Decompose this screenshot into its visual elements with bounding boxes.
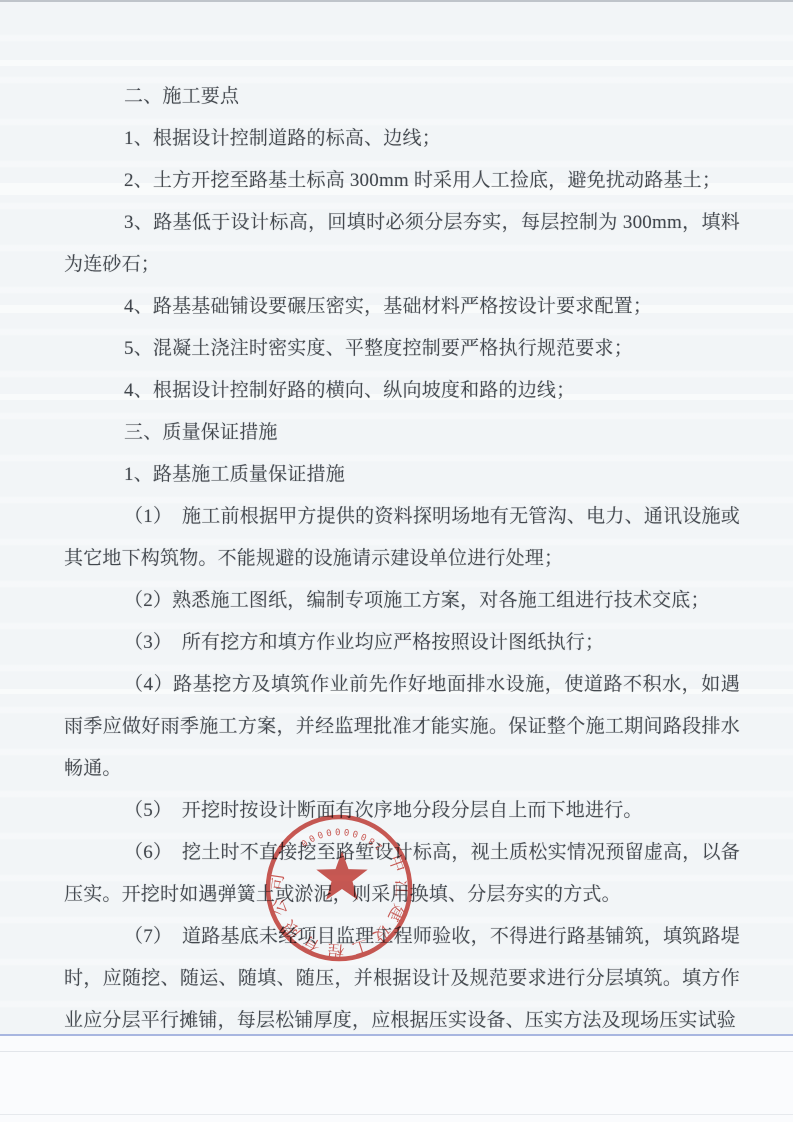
scan-band	[0, 60, 793, 66]
paragraph: （5） 开挖时按设计断面有次序地分段分层自上而下地进行。	[64, 790, 740, 832]
section-heading: 二、施工要点	[64, 76, 740, 118]
paragraph: 4、根据设计控制好路的横向、纵向坡度和路的边线；	[64, 370, 740, 412]
paragraph: 2、土方开挖至路基土标高 300mm 时采用人工捡底，避免扰动路基土；	[64, 160, 740, 202]
scan-faint-line	[0, 1114, 793, 1115]
paragraph: （7） 道路基底未经项目监理工程师验收，不得进行路基铺筑，填筑路堤时，应随挖、随…	[64, 916, 740, 1042]
paragraph: （1） 施工前根据甲方提供的资料探明场地有无管沟、电力、通讯设施或其它地下构筑物…	[64, 496, 740, 580]
paragraph: 5、混凝土浇注时密实度、平整度控制要严格执行规范要求；	[64, 328, 740, 370]
paragraph: 3、路基低于设计标高，回填时必须分层夯实，每层控制为 300mm，填料为连砂石；	[64, 202, 740, 286]
section-heading: 三、质量保证措施	[64, 412, 740, 454]
paragraph: 1、根据设计控制道路的标高、边线；	[64, 118, 740, 160]
paragraph: （3） 所有挖方和填方作业均应严格按照设计图纸执行；	[64, 622, 740, 664]
scan-top-edge-line	[0, 0, 793, 2]
paragraph: （4）路基挖方及填筑作业前先作好地面排水设施，使道路不积水，如遇雨季应做好雨季施…	[64, 664, 740, 790]
document-body: 二、施工要点 1、根据设计控制道路的标高、边线； 2、土方开挖至路基土标高 30…	[64, 76, 740, 1042]
scan-faint-line	[0, 1051, 793, 1052]
page-bottom-strip	[0, 1036, 793, 1122]
paragraph: （2）熟悉施工图纸，编制专项施工方案，对各施工组进行技术交底；	[64, 580, 740, 622]
paragraph: 4、路基基础铺设要碾压密实，基础材料严格按设计要求配置；	[64, 286, 740, 328]
page-divider-line	[0, 1034, 793, 1036]
paragraph: （6） 挖土时不直接挖至路堑设计标高，视土质松实情况预留虚高，以备压实。开挖时如…	[64, 832, 740, 916]
paragraph: 1、路基施工质量保证措施	[64, 454, 740, 496]
